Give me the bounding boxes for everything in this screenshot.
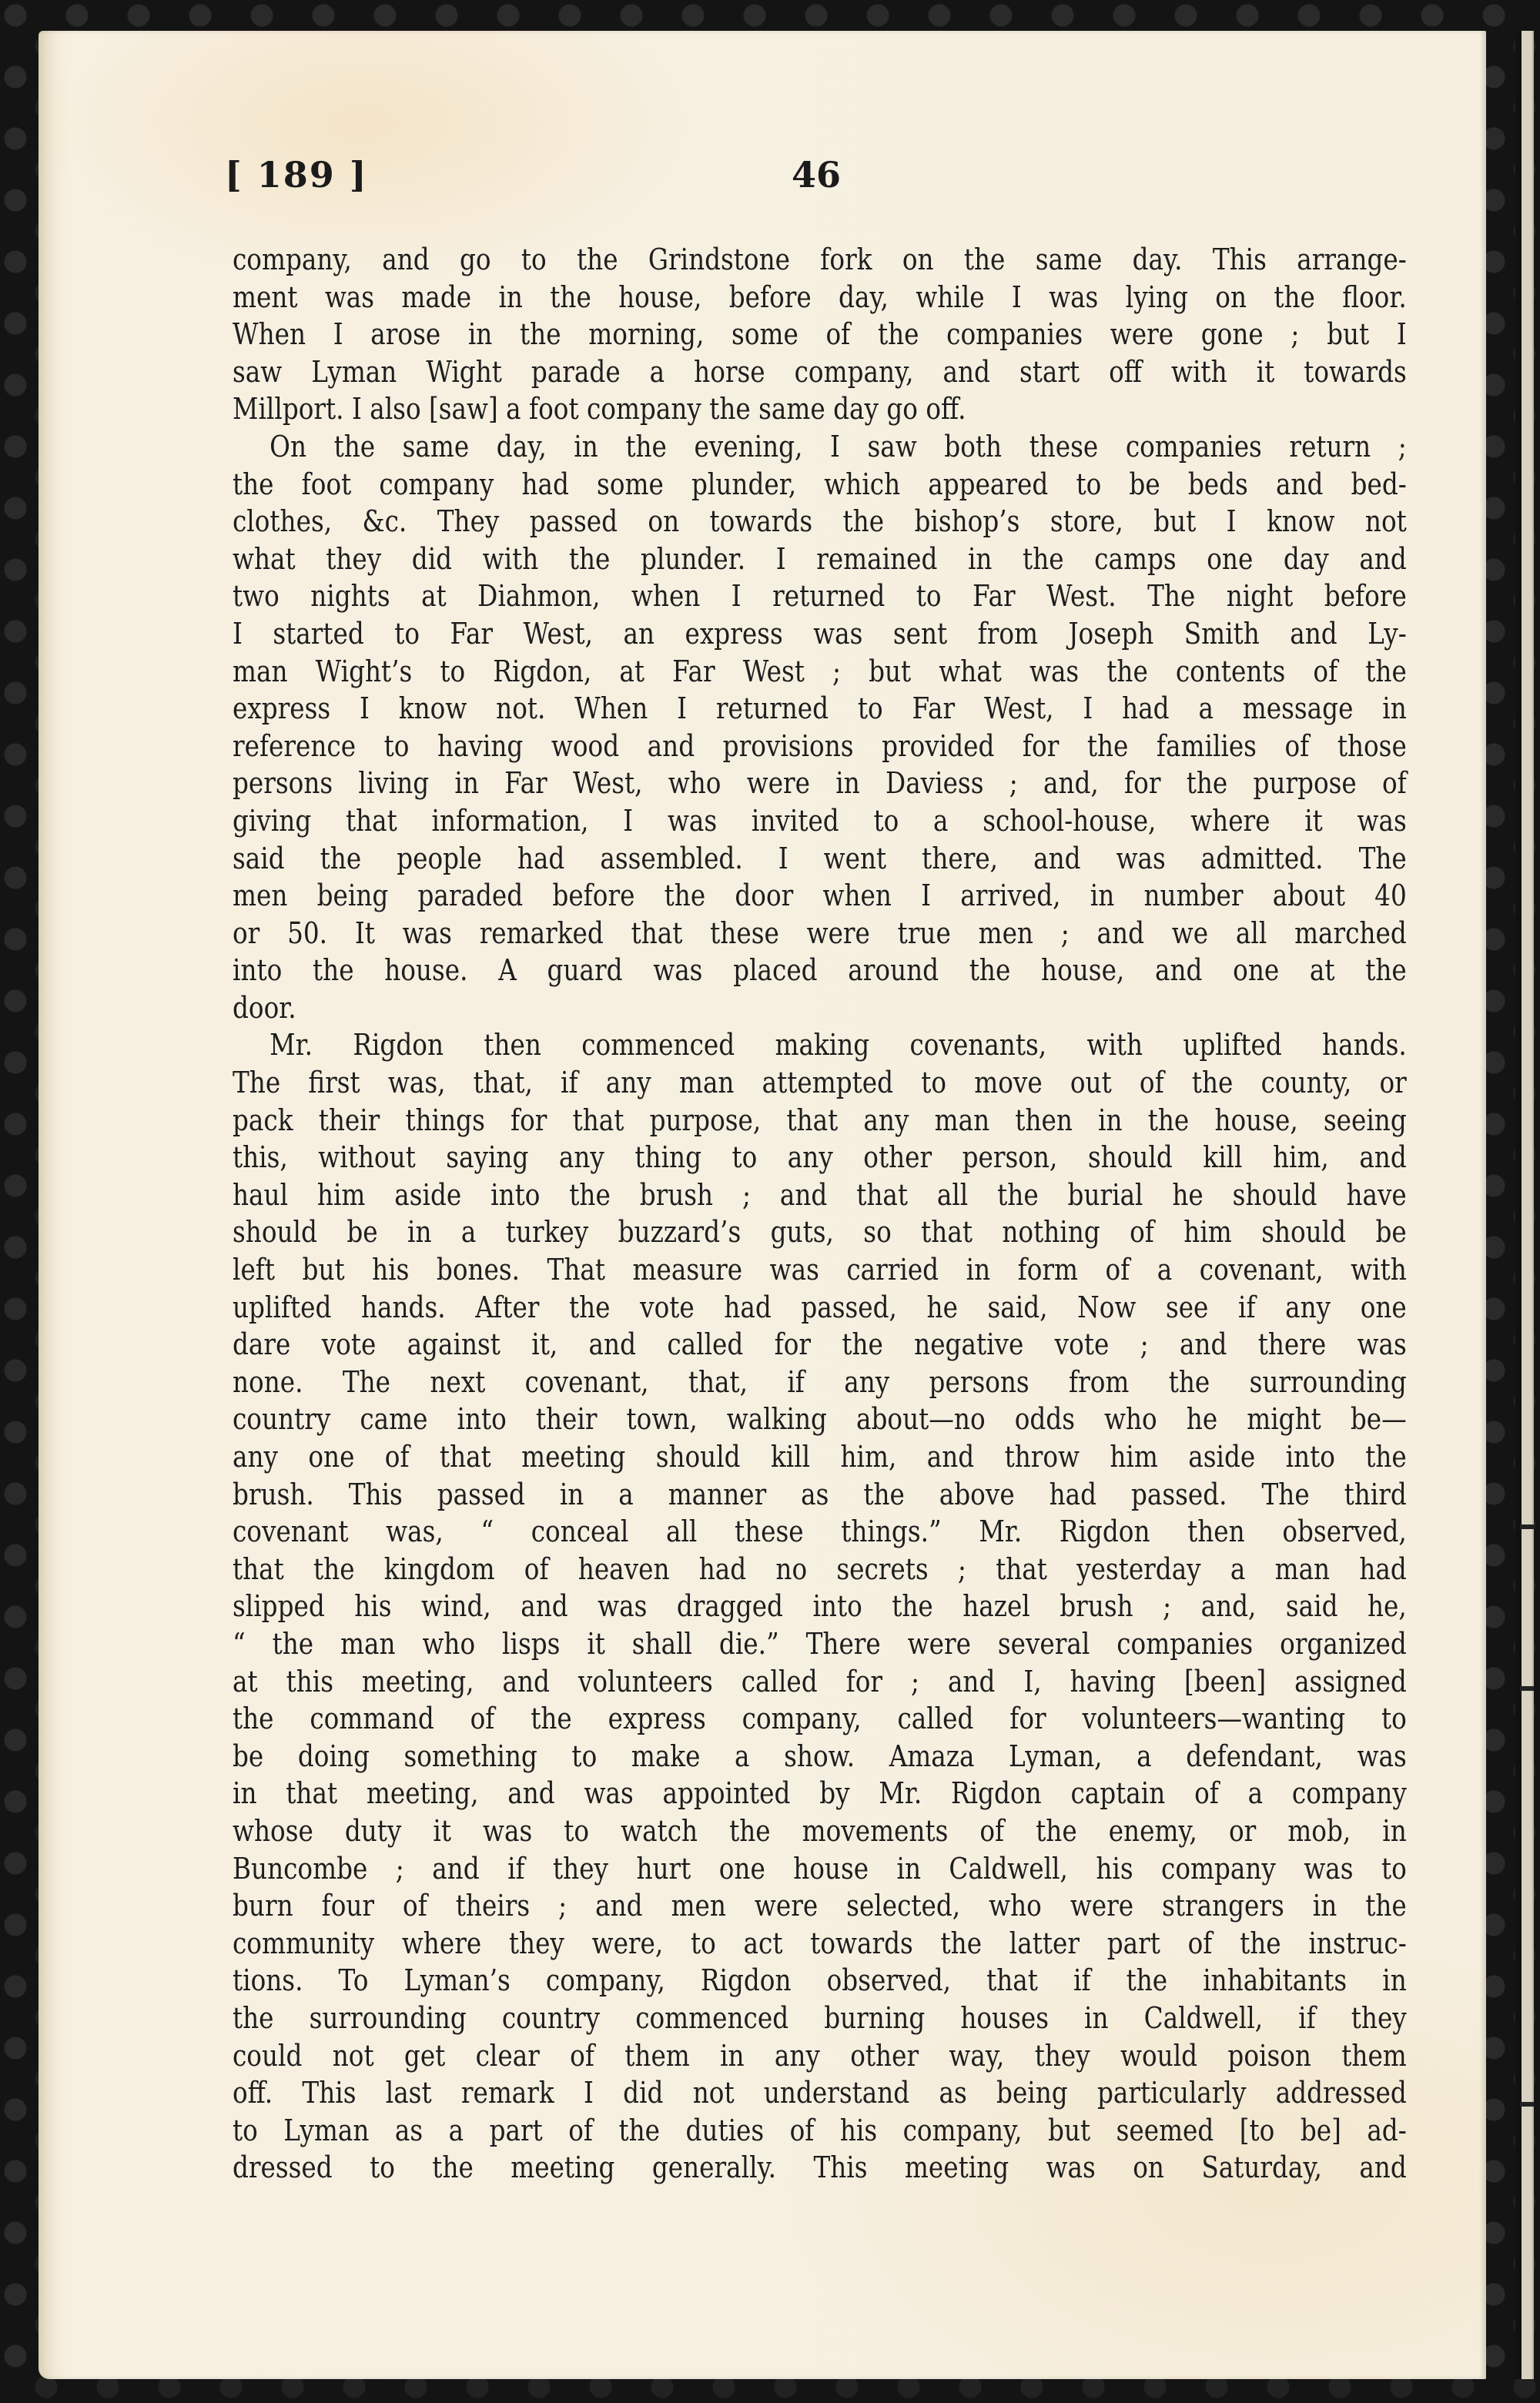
text-line: the surrounding country commenced burnin… [233,2000,1407,2037]
text-line: The first was, that, if any man attempte… [233,1064,1407,1102]
text-line: none. The next covenant, that, if any pe… [233,1364,1407,1401]
text-line: uplifted hands. After the vote had passe… [233,1289,1407,1327]
text-line: community where they were, to act toward… [233,1925,1407,1963]
text-line: country came into their town, walking ab… [233,1401,1407,1438]
text-line: Mr. Rigdon then commenced making covenan… [233,1026,1407,1064]
text-line: giving that information, I was invited t… [233,802,1407,840]
text-line: this, without saying any thing to any ot… [233,1139,1407,1176]
text-line: express I know not. When I returned to F… [233,690,1407,728]
text-line: Millport. I also [saw] a foot company th… [233,390,1407,428]
text-line: reference to having wood and provisions … [233,728,1407,765]
text-line: pack their things for that purpose, that… [233,1102,1407,1140]
text-line: burn four of theirs ; and men were selec… [233,1887,1407,1925]
page-header: [ 189 ] 46 [225,154,1457,208]
text-line: clothes, &c. They passed on towards the … [233,503,1407,541]
spine-thread-mark [1520,1686,1534,1691]
text-line: Buncombe ; and if they hurt one house in… [233,1850,1407,1888]
body-text: company, and go to the Grindstone fork o… [233,241,1407,2187]
text-line: covenant was, “ conceal all these things… [233,1513,1407,1551]
text-line: in that meeting, and was appointed by Mr… [233,1775,1407,1812]
text-line: said the people had assembled. I went th… [233,840,1407,878]
text-line: should be in a turkey buzzard’s guts, so… [233,1213,1407,1251]
text-line: could not get clear of them in any other… [233,2037,1407,2075]
text-line: any one of that meeting should kill him,… [233,1438,1407,1476]
text-line: be doing something to make a show. Amaza… [233,1738,1407,1775]
text-line: ment was made in the house, before day, … [233,279,1407,316]
text-line: whose duty it was to watch the movements… [233,1812,1407,1850]
text-line: off. This last remark I did not understa… [233,2074,1407,2112]
text-line: haul him aside into the brush ; and that… [233,1176,1407,1214]
text-line: the command of the express company, call… [233,1700,1407,1738]
text-line: left but his bones. That measure was car… [233,1251,1407,1289]
text-line: dressed to the meeting generally. This m… [233,2149,1407,2187]
text-line: man Wight’s to Rigdon, at Far West ; but… [233,653,1407,691]
text-line: to Lyman as a part of the duties of his … [233,2112,1407,2150]
document-folio-number: [ 189 ] [225,154,368,196]
text-line: company, and go to the Grindstone fork o… [233,241,1407,279]
text-line: two nights at Diahmon, when I returned t… [233,577,1407,615]
text-line: dare vote against it, and called for the… [233,1326,1407,1364]
text-line: men being paraded before the door when I… [233,877,1407,915]
page-number: 46 [792,154,841,196]
text-line: at this meeting, and volunteers called f… [233,1663,1407,1701]
book-spine-edge [1515,31,1534,2379]
text-line: persons living in Far West, who were in … [233,765,1407,802]
text-line: door. [233,989,1407,1027]
text-line: brush. This passed in a manner as the ab… [233,1476,1407,1514]
text-line: the foot company had some plunder, which… [233,466,1407,504]
text-line: I started to Far West, an express was se… [233,615,1407,653]
spine-thread-mark [1520,1524,1534,1529]
spine-thread-mark [1520,2102,1534,2107]
text-line: what they did with the plunder. I remain… [233,541,1407,578]
text-line: “ the man who lisps it shall die.” There… [233,1625,1407,1663]
text-line: When I arose in the morning, some of the… [233,316,1407,353]
text-line: into the house. A guard was placed aroun… [233,952,1407,989]
text-line: that the kingdom of heaven had no secret… [233,1551,1407,1588]
text-line: saw Lyman Wight parade a horse company, … [233,353,1407,391]
text-line: On the same day, in the evening, I saw b… [233,428,1407,466]
text-line: slipped his wind, and was dragged into t… [233,1588,1407,1625]
text-line: or 50. It was remarked that these were t… [233,915,1407,952]
text-line: tions. To Lyman’s company, Rigdon observ… [233,1962,1407,2000]
